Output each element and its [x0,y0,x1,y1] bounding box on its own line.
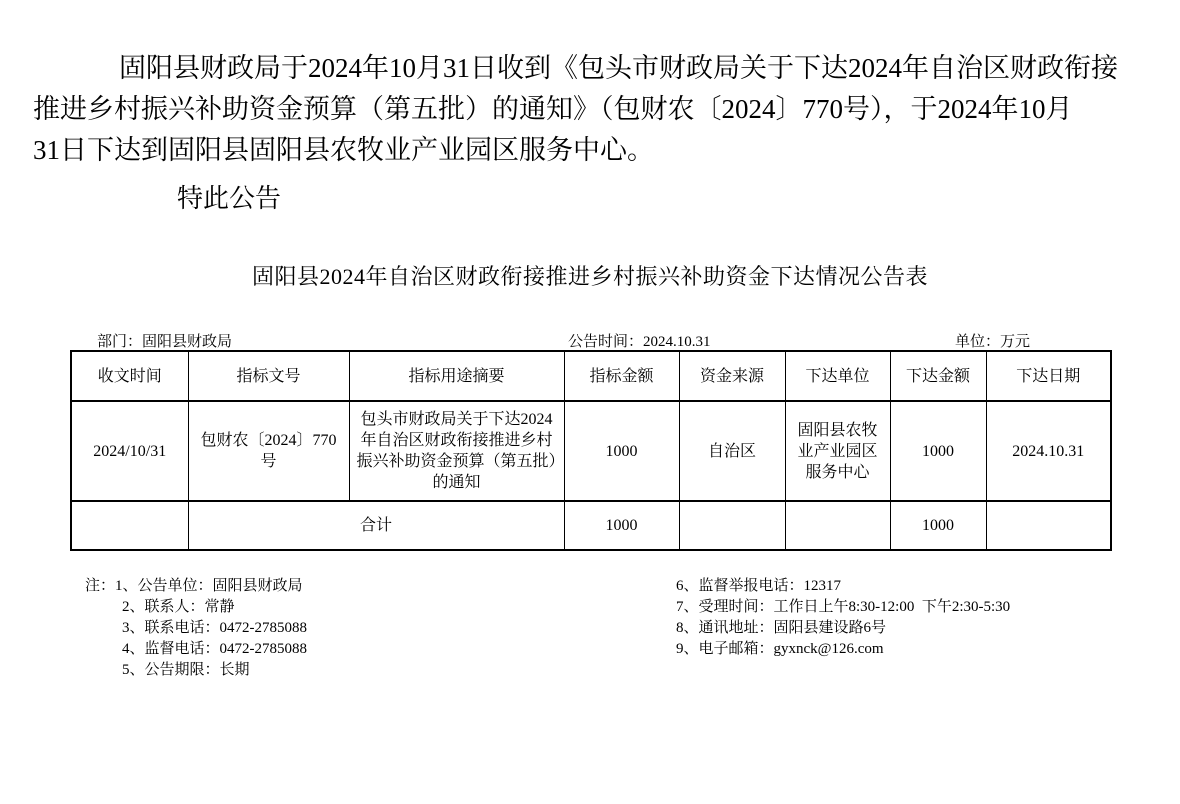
intro-line-3: 31日下达到固阳县固阳县农牧业产业园区服务中心。 [33,130,1108,171]
total-issued-amount: 1000 [890,501,986,550]
cell-issued-to: 固阳县农牧业产业园区服务中心 [785,401,890,501]
notes-left-column: 注：1、公告单位：固阳县财政局 2、联系人：常静 3、联系电话：0472-278… [85,576,307,681]
cell-receive-date: 2024/10/31 [71,401,188,501]
total-label: 合计 [188,501,564,550]
total-empty-fund-source [679,501,785,550]
cell-doc-number: 包财农〔2024〕770号 [188,401,349,501]
meta-unit: 单位：万元 [955,330,1030,351]
note-contact-person: 2、联系人：常静 [122,597,307,618]
total-empty-receive-date [71,501,188,550]
notes-right-column: 6、监督举报电话：12317 7、受理时间：工作日上午8:30-12:00 下午… [676,576,1010,660]
cell-indicator-amount: 1000 [564,401,679,501]
cell-purpose: 包头市财政局关于下达2024年自治区财政衔接推进乡村振兴补助资金预算（第五批）的… [349,401,564,501]
announcement-document: 固阳县财政局于2024年10月31日收到《包头市财政局关于下达2024年自治区财… [0,0,1180,804]
subsidy-table: 收文时间 指标文号 指标用途摘要 指标金额 资金来源 下达单位 下达金额 下达日… [70,350,1112,551]
cell-issue-date: 2024.10.31 [986,401,1111,501]
header-receive-date: 收文时间 [71,351,188,401]
header-issued-amount: 下达金额 [890,351,986,401]
note-announcement-period: 5、公告期限：长期 [122,660,307,681]
meta-department: 部门：固阳县财政局 [97,330,232,351]
table-total-row: 合计 1000 1000 [71,501,1111,550]
note-mailing-address: 8、通讯地址：固阳县建设路6号 [676,618,1010,639]
table-meta-row: 部门：固阳县财政局 公告时间：2024.10.31 单位：万元 [0,330,1180,350]
note-supervision-phone: 4、监督电话：0472-2785088 [122,639,307,660]
meta-announce-time: 公告时间：2024.10.31 [568,330,711,351]
total-empty-issue-date [986,501,1111,550]
cell-issued-amount: 1000 [890,401,986,501]
header-purpose: 指标用途摘要 [349,351,564,401]
total-indicator-amount: 1000 [564,501,679,550]
table-title: 固阳县2024年自治区财政衔接推进乡村振兴补助资金下达情况公告表 [0,260,1180,291]
note-contact-phone: 3、联系电话：0472-2785088 [122,618,307,639]
note-report-hotline: 6、监督举报电话：12317 [676,576,1010,597]
closing-statement: 特此公告 [177,178,281,215]
intro-paragraph: 固阳县财政局于2024年10月31日收到《包头市财政局关于下达2024年自治区财… [33,48,1108,171]
total-empty-issued-to [785,501,890,550]
header-issue-date: 下达日期 [986,351,1111,401]
header-doc-number: 指标文号 [188,351,349,401]
table-data-row: 2024/10/31 包财农〔2024〕770号 包头市财政局关于下达2024年… [71,401,1111,501]
intro-line-2: 推进乡村振兴补助资金预算（第五批）的通知》（包财农〔2024〕770号），于20… [33,89,1108,130]
header-indicator-amount: 指标金额 [564,351,679,401]
cell-fund-source: 自治区 [679,401,785,501]
header-issued-to: 下达单位 [785,351,890,401]
note-office-hours: 7、受理时间：工作日上午8:30-12:00 下午2:30-5:30 [676,597,1010,618]
intro-line-1: 固阳县财政局于2024年10月31日收到《包头市财政局关于下达2024年自治区财… [33,48,1108,89]
header-fund-source: 资金来源 [679,351,785,401]
note-announcing-unit: 注：1、公告单位：固阳县财政局 [85,576,307,597]
table-header-row: 收文时间 指标文号 指标用途摘要 指标金额 资金来源 下达单位 下达金额 下达日… [71,351,1111,401]
note-email: 9、电子邮箱：gyxnck@126.com [676,639,1010,660]
